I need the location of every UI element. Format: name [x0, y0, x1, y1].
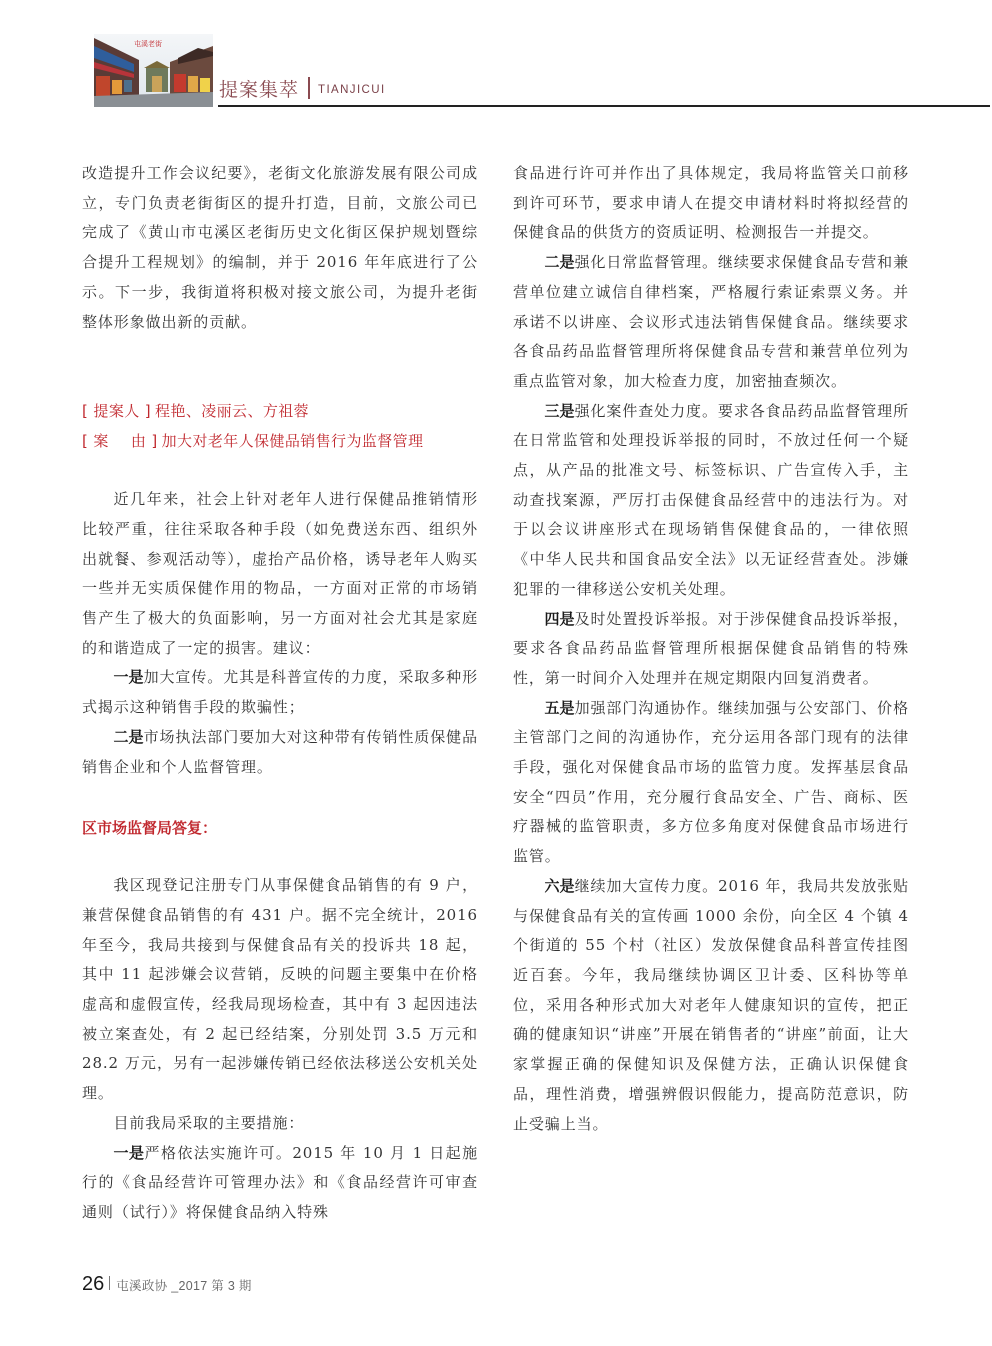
- proposer-names: 程艳、凌丽云、方祖蓉: [155, 402, 309, 420]
- measure-lead: 五是: [545, 699, 575, 717]
- spacer: [82, 456, 478, 485]
- measures-intro: 目前我局采取的主要措施：: [82, 1109, 478, 1139]
- suggestion-1: 一是加大宣传。尤其是科普宣传的力度，采取多种形式揭示这种销售手段的欺骗性；: [82, 663, 478, 722]
- suggestion-lead: 一是: [114, 668, 144, 686]
- subject-label-close: 由 ]: [131, 432, 158, 450]
- header-street-photo: 屯溪老街: [94, 34, 213, 107]
- subject-line: [ 案由 ]加大对老年人保健品销售行为监督管理: [82, 426, 478, 456]
- right-column: 食品进行许可并作出了具体规定，我局将监管关口前移到许可环节，要求申请人在提交申请…: [513, 159, 909, 1139]
- section-title-en: TIANJICUI: [318, 84, 386, 96]
- footer-divider: [109, 1276, 110, 1290]
- page-footer: 26 屯溪政协 _2017 第 3 期: [82, 1273, 252, 1296]
- old-street-image-icon: 屯溪老街: [94, 34, 213, 107]
- suggestion-lead: 二是: [114, 728, 144, 746]
- suggestion-2: 二是市场执法部门要加大对这种带有传销性质保健品销售企业和个人监督管理。: [82, 723, 478, 782]
- proposer-label: [ 提案人 ]: [82, 402, 151, 420]
- measure-1: 一是严格依法实施许可。2015 年 10 月 1 日起施行的《食品经营许可管理办…: [82, 1139, 478, 1228]
- photo-caption: 屯溪老街: [134, 39, 162, 48]
- measure-2: 二是强化日常监督管理。继续要求保健食品专营和兼营单位建立诚信自律档案，严格履行索…: [513, 248, 909, 397]
- header-rule: [218, 105, 990, 107]
- proposer-line: [ 提案人 ]程艳、凌丽云、方祖蓉: [82, 396, 478, 426]
- section-title: 提案集萃 TIANJICUI: [219, 74, 386, 102]
- reply-paragraph: 我区现登记注册专门从事保健食品销售的有 9 户，兼营保健食品销售的有 431 户…: [82, 871, 478, 1109]
- left-column: 改造提升工作会议纪要》，老街文化旅游发展有限公司成立，专门负责老街街区的提升打造…: [82, 159, 478, 1228]
- intro-paragraph: 改造提升工作会议纪要》，老街文化旅游发展有限公司成立，专门负责老街街区的提升打造…: [82, 159, 478, 337]
- measure-lead: 六是: [545, 877, 575, 895]
- subject-text: 加大对老年人保健品销售行为监督管理: [162, 432, 424, 450]
- measure-lead: 一是: [114, 1144, 145, 1162]
- subject-label-open: [ 案: [82, 432, 109, 450]
- spacer: [82, 782, 478, 813]
- page-number: 26: [82, 1273, 104, 1296]
- proposal-paragraph: 近几年来，社会上针对老年人进行保健品推销情形比较严重，往往采取各种手段（如免费送…: [82, 485, 478, 663]
- measure-lead: 三是: [545, 402, 575, 420]
- reply-heading: 区市场监督局答复：: [82, 813, 478, 843]
- measure-lead: 二是: [545, 253, 575, 271]
- title-divider: [308, 77, 310, 99]
- spacer: [82, 337, 478, 396]
- publication-issue: 屯溪政协 _2017 第 3 期: [116, 1276, 251, 1294]
- section-title-cn: 提案集萃: [219, 75, 299, 102]
- measure-6: 六是继续加大宣传力度。2016 年，我局共发放张贴与保健食品有关的宣传画 100…: [513, 872, 909, 1139]
- measure-4: 四是及时处置投诉举报。对于涉保健食品投诉举报，要求各食品药品监督管理所根据保健食…: [513, 605, 909, 694]
- measure-5: 五是加强部门沟通协作。继续加强与公安部门、价格主管部门之间的沟通协作，充分运用各…: [513, 694, 909, 872]
- measure-3: 三是强化案件查处力度。要求各食品药品监督管理所在日常监管和处理投诉举报的同时，不…: [513, 397, 909, 605]
- measure-lead: 四是: [545, 610, 575, 628]
- spacer: [82, 843, 478, 871]
- measure-1-continued: 食品进行许可并作出了具体规定，我局将监管关口前移到许可环节，要求申请人在提交申请…: [513, 159, 909, 248]
